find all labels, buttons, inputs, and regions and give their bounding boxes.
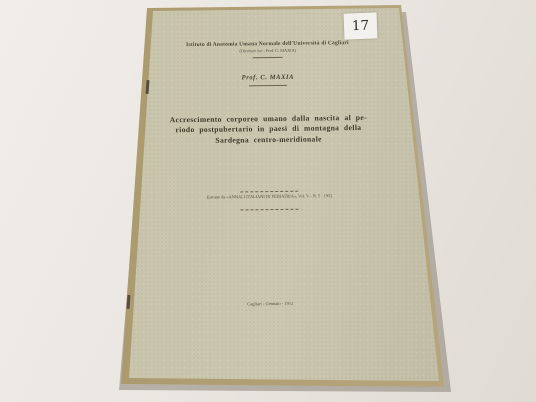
reference-line-text: Estratto da «ANNALI ITALIANI DI PEDIATRI… (206, 194, 332, 200)
reference-rule-top (240, 191, 298, 193)
reference-rule-bottom (240, 209, 298, 211)
author-rule (249, 85, 287, 86)
reference-line: Estratto da «ANNALI ITALIANI DI PEDIATRI… (154, 193, 384, 202)
inventory-label-number: 17 (352, 18, 370, 35)
inventory-label: 17 (344, 12, 378, 39)
director-line-text: (Direttore inc.: Prof. C. MAXIA) (239, 49, 296, 54)
title-block: Accrescimento corporeo umano dalla nasci… (153, 113, 383, 147)
author-line: Prof. C. MAXIA (153, 73, 383, 83)
photo-background: Istituto di Anatomia Umana Normale dell'… (0, 0, 536, 402)
director-line: (Direttore inc.: Prof. C. MAXIA) (153, 48, 383, 56)
imprint-line: Cagliari - Gennaio - 1952 (156, 301, 386, 309)
imprint-line-text: Cagliari - Gennaio - 1952 (247, 302, 293, 307)
director-rule (253, 57, 283, 58)
cover-printed-content: Istituto di Anatomia Umana Normale dell'… (152, 6, 404, 381)
